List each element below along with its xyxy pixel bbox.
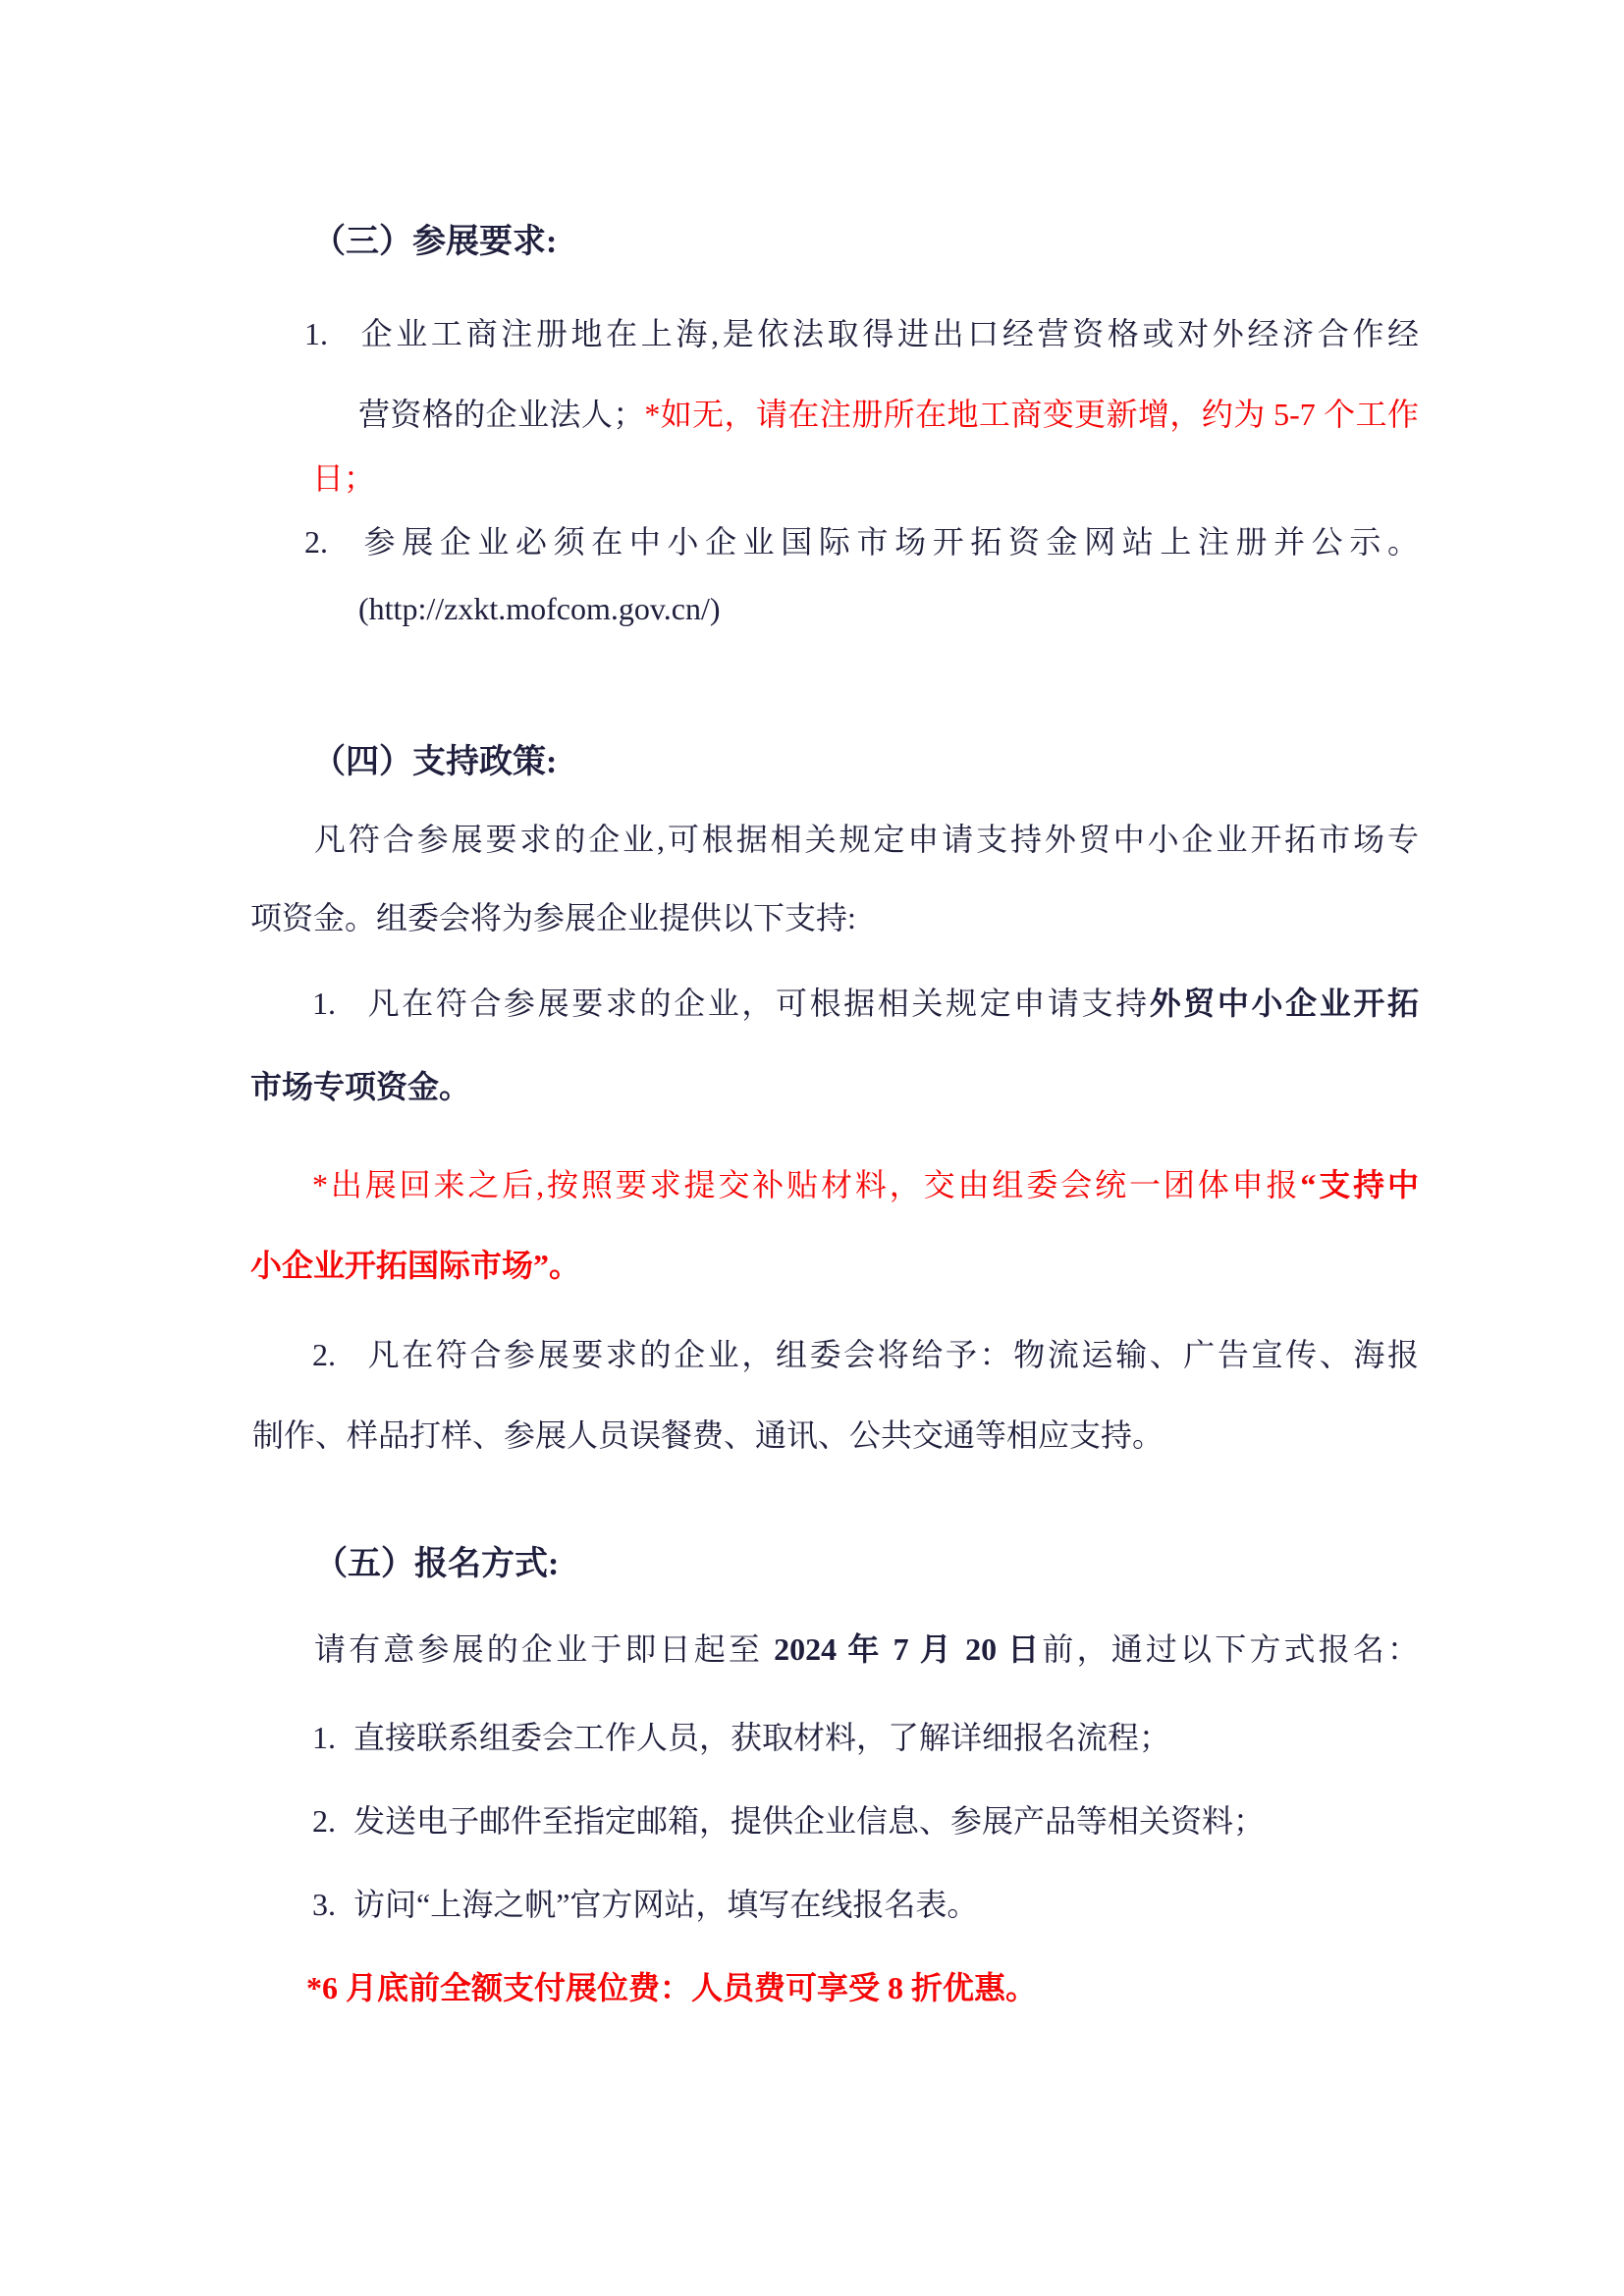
list-item-text: 发送电子邮件至指定邮箱，提供企业信息、参展产品等相关资料； — [353, 1803, 1265, 1839]
section3-item2-line1: 2.参展企业必须在中小企业国际市场开拓资金网站上注册并公示。 — [304, 520, 1419, 563]
list-item-text: 参展企业必须在中小企业国际市场开拓资金网站上注册并公示。 — [357, 524, 1419, 560]
section4-note-line2: 小企业开拓国际市场”。 — [250, 1244, 580, 1287]
section4-item2-line2: 制作、样品打样、参展人员误餐费、通讯、公共交通等相应支持。 — [252, 1414, 1164, 1457]
list-number: 2. — [312, 1333, 365, 1376]
emphasized-text: 外贸中小企业开拓 — [1150, 986, 1419, 1021]
section5-heading: （五）报名方式: — [314, 1543, 559, 1586]
red-note-text: *如无，请在注册所在地工商变更新增，约为 5-7 个工作 — [644, 397, 1419, 432]
section5-item2: 2.发送电子邮件至指定邮箱，提供企业信息、参展产品等相关资料； — [312, 1799, 1265, 1842]
list-number: 3. — [312, 1883, 353, 1926]
section4-intro-line1: 凡符合参展要求的企业,可根据相关规定申请支持外贸中小企业开拓市场专 — [314, 818, 1419, 861]
section4-item1-line2: 市场专项资金。 — [250, 1065, 470, 1108]
section4-heading: （四）支持政策: — [312, 741, 557, 784]
section5-item3: 3.访问“上海之帆”官方网站，填写在线报名表。 — [312, 1883, 978, 1926]
list-item-text: 直接联系组委会工作人员，获取材料，了解详细报名流程； — [353, 1720, 1170, 1755]
intro-text: 请有意参展的企业于即日起至 — [314, 1631, 774, 1667]
list-number: 2. — [312, 1799, 353, 1842]
red-emphasized-text: “支持中 — [1300, 1167, 1419, 1202]
deadline-date: 2024 年 7 月 20 日 — [774, 1631, 1042, 1667]
list-item-text: 访问“上海之帆”官方网站，填写在线报名表。 — [353, 1887, 978, 1922]
section3-item1-line1: 1.企业工商注册地在上海,是依法取得进出口经营资格或对外经济合作经 — [304, 312, 1419, 355]
list-number: 1. — [312, 982, 365, 1025]
intro-text: 前，通过以下方式报名： — [1042, 1631, 1419, 1667]
list-item-text: 营资格的企业法人； — [358, 397, 644, 432]
section4-intro-line2: 项资金。组委会将为参展企业提供以下支持: — [250, 896, 856, 939]
list-item-text: 凡在符合参展要求的企业，可根据相关规定申请支持 — [365, 986, 1150, 1021]
section4-item2-line1: 2.凡在符合参展要求的企业，组委会将给予：物流运输、广告宣传、海报 — [312, 1333, 1419, 1376]
section3-item1-line3: 日； — [312, 456, 375, 500]
section4-note-line1: *出展回来之后,按照要求提交补贴材料，交由组委会统一团体申报“支持中 — [312, 1163, 1419, 1206]
list-number: 1. — [304, 312, 357, 355]
section4-item1-line1: 1.凡在符合参展要求的企业，可根据相关规定申请支持外贸中小企业开拓 — [312, 982, 1419, 1025]
section5-item1: 1.直接联系组委会工作人员，获取材料，了解详细报名流程； — [312, 1716, 1170, 1759]
list-number: 2. — [304, 520, 357, 563]
list-item-text: 企业工商注册地在上海,是依法取得进出口经营资格或对外经济合作经 — [357, 316, 1419, 351]
section5-intro-line: 请有意参展的企业于即日起至 2024 年 7 月 20 日前，通过以下方式报名： — [314, 1628, 1419, 1671]
section3-heading: （三）参展要求: — [312, 221, 557, 264]
discount-note: *6 月底前全额支付展位费：人员费可享受 8 折优惠。 — [306, 1966, 1037, 2009]
red-note-text: *出展回来之后,按照要求提交补贴材料，交由组委会统一团体申报 — [312, 1167, 1300, 1202]
list-item-text: 凡在符合参展要求的企业，组委会将给予：物流运输、广告宣传、海报 — [365, 1337, 1419, 1372]
registration-website-url: (http://zxkt.mofcom.gov.cn/) — [358, 587, 721, 630]
document-page: （三）参展要求: 1.企业工商注册地在上海,是依法取得进出口经营资格或对外经济合… — [0, 0, 1624, 2296]
section3-item1-line2: 营资格的企业法人；*如无，请在注册所在地工商变更新增，约为 5-7 个工作 — [358, 393, 1419, 436]
list-number: 1. — [312, 1716, 353, 1759]
